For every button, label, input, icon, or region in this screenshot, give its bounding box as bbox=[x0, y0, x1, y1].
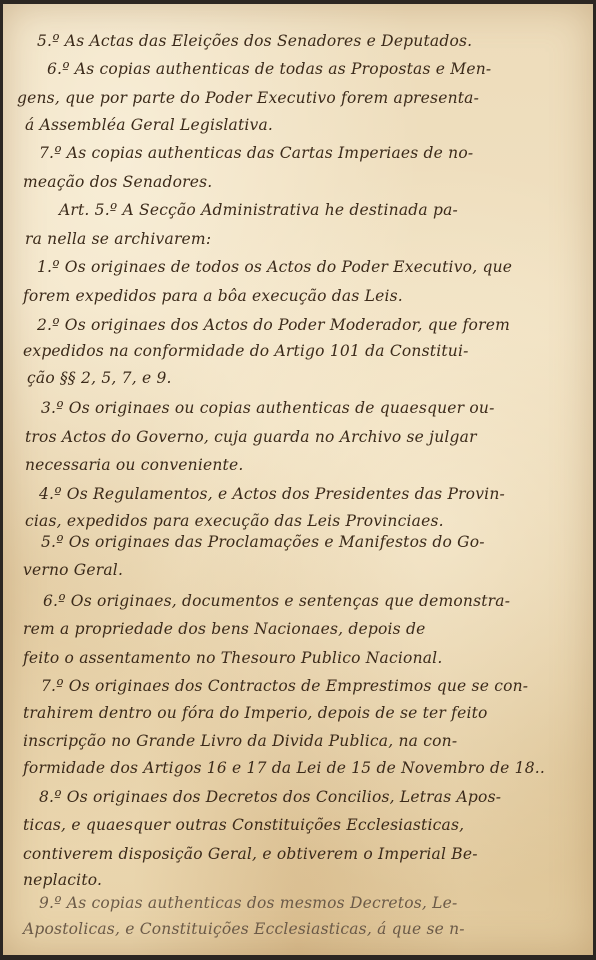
manuscript-line: 9.º As copias authenticas dos mesmos Dec… bbox=[39, 894, 457, 912]
manuscript-line: feito o assentamento no Thesouro Publico… bbox=[23, 649, 442, 667]
manuscript-line: inscripção no Grande Livro da Divida Pub… bbox=[23, 732, 457, 750]
manuscript-line: 1.º Os originaes de todos os Actos do Po… bbox=[37, 258, 512, 276]
manuscript-line: formidade dos Artigos 16 e 17 da Lei de … bbox=[23, 759, 545, 777]
manuscript-line: trahirem dentro ou fóra do Imperio, depo… bbox=[23, 704, 488, 722]
manuscript-line: 2.º Os originaes dos Actos do Poder Mode… bbox=[37, 316, 510, 334]
manuscript-line: cias, expedidos para execução das Leis P… bbox=[25, 512, 444, 530]
manuscript-line: 3.º Os originaes ou copias authenticas d… bbox=[41, 399, 495, 417]
manuscript-line: 6.º As copias authenticas de todas as Pr… bbox=[47, 60, 491, 78]
manuscript-line: 4.º Os Regulamentos, e Actos dos Preside… bbox=[39, 485, 505, 503]
manuscript-line: forem expedidos para a bôa execução das … bbox=[23, 287, 403, 305]
manuscript-line: rem a propriedade dos bens Nacionaes, de… bbox=[23, 620, 425, 638]
manuscript-line: 6.º Os originaes, documentos e sentenças… bbox=[43, 592, 510, 610]
manuscript-line: neplacito. bbox=[23, 871, 102, 889]
manuscript-line: gens, que por parte do Poder Executivo f… bbox=[17, 89, 479, 107]
manuscript-page: 5.º As Actas das Eleições dos Senadores … bbox=[3, 4, 593, 955]
manuscript-line: ra nella se archivarem: bbox=[25, 230, 211, 248]
manuscript-line: 5.º Os originaes das Proclamações e Mani… bbox=[41, 533, 485, 551]
manuscript-line: 8.º Os originaes dos Decretos dos Concil… bbox=[39, 788, 501, 806]
manuscript-line: 7.º Os originaes dos Contractos de Empre… bbox=[41, 677, 528, 695]
manuscript-line: necessaria ou conveniente. bbox=[25, 456, 243, 474]
manuscript-line: contiverem disposição Geral, e obtiverem… bbox=[23, 845, 478, 863]
manuscript-line: ção §§ 2, 5, 7, e 9. bbox=[27, 369, 172, 387]
manuscript-line: á Assembléa Geral Legislativa. bbox=[25, 116, 273, 134]
manuscript-line: tros Actos do Governo, cuja guarda no Ar… bbox=[25, 428, 477, 446]
manuscript-line: Art. 5.º A Secção Administrativa he dest… bbox=[59, 201, 458, 219]
manuscript-line: verno Geral. bbox=[23, 561, 123, 579]
manuscript-line: meação dos Senadores. bbox=[23, 173, 212, 191]
manuscript-line: 7.º As copias authenticas das Cartas Imp… bbox=[39, 144, 473, 162]
manuscript-line: 5.º As Actas das Eleições dos Senadores … bbox=[37, 32, 472, 50]
manuscript-line: expedidos na conformidade do Artigo 101 … bbox=[23, 342, 469, 360]
manuscript-line: ticas, e quaesquer outras Constituições … bbox=[23, 816, 464, 834]
manuscript-line: Apostolicas, e Constituições Ecclesiasti… bbox=[23, 920, 465, 938]
